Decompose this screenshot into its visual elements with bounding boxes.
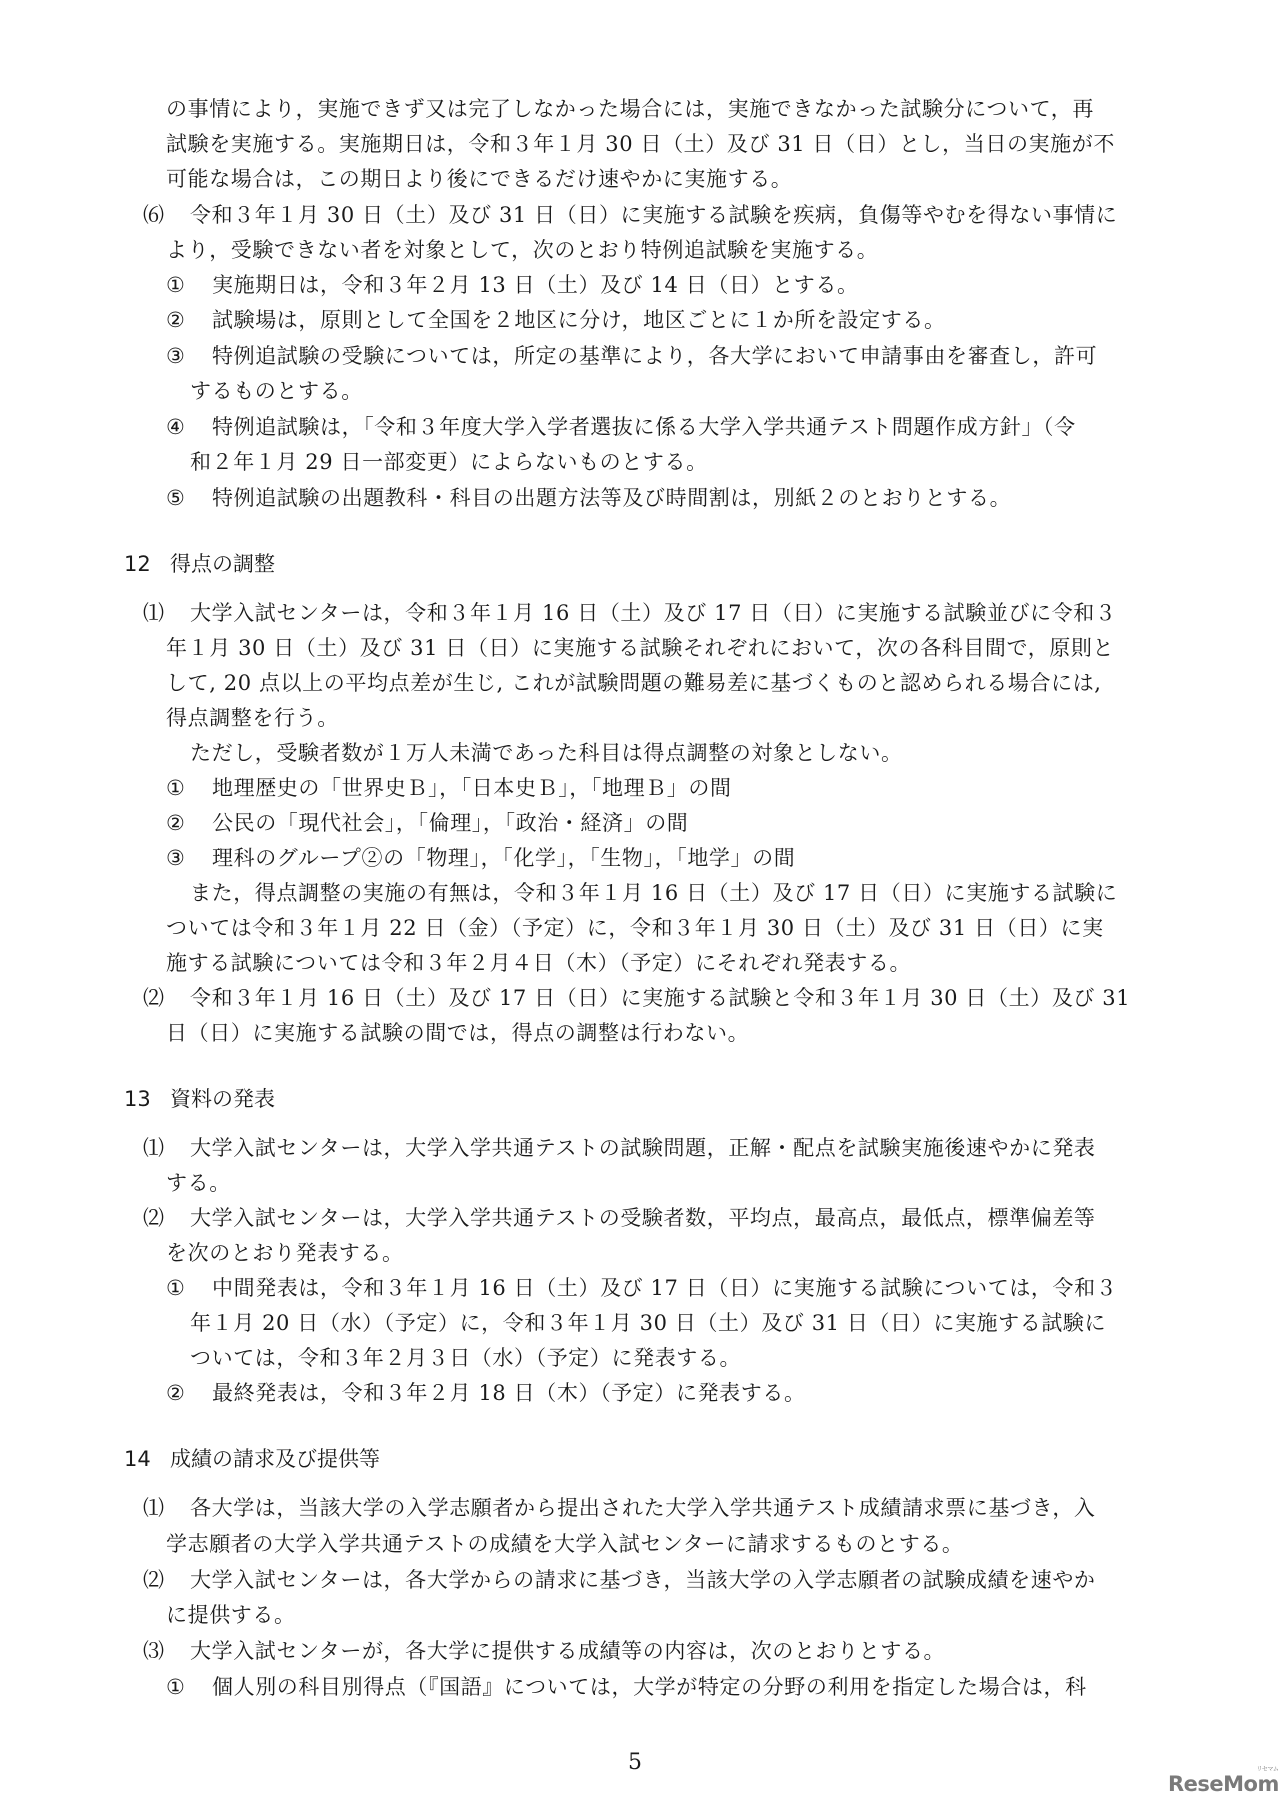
subitem-line: 試験場は，原則として全国を２地区に分け，地区ごとに１か所を設定する。 [212,303,946,337]
section-title: 得点の調整 [170,552,275,576]
section-title: 成績の請求及び提供等 [170,1447,380,1471]
subitem-marker: ⑤ [166,481,185,515]
document-page: の事情により，実施できず又は完了しなかった場合には，実施できなかった試験分につい… [0,0,1280,1810]
paragraph-line: して, 20 点以上の平均点差が生じ, これが試験問題の難易差に基づくものと認め… [166,666,1102,700]
subitem-marker: ③ [166,339,185,373]
subitem-marker: ② [166,303,185,337]
paragraph-line: 大学入試センターは，各大学からの請求に基づき，当該大学の入学志願者の試験成績を速… [190,1563,1096,1597]
paragraph-line: 年１月 30 日（土）及び 31 日（日）に実施する試験それぞれにおいて，次の各… [166,631,1114,665]
subitem-marker: ④ [166,410,185,444]
paragraph-line: 可能な場合は，この期日より後にできるだけ速やかに実施する。 [166,162,792,196]
subitem-line: ついては，令和３年２月３日（水）（予定）に発表する。 [190,1341,741,1375]
paragraph-line: また，得点調整の実施の有無は，令和３年１月 16 日（土）及び 17 日（日）に… [190,876,1117,910]
item-marker: ⑵ [143,1563,165,1597]
section-heading: 12得点の調整 [124,547,275,581]
section-number: 13 [124,1082,170,1116]
paragraph-line: 試験を実施する。実施期日は，令和３年１月 30 日（土）及び 31 日（日）とし… [166,127,1115,161]
paragraph-line: 施する試験については令和３年２月４日（木）（予定）にそれぞれ発表する。 [166,946,911,980]
subitem-line: 中間発表は，令和３年１月 16 日（土）及び 17 日（日）に実施する試験につい… [212,1271,1117,1305]
paragraph-note: ただし，受験者数が１万人未満であった科目は得点調整の対象としない。 [190,736,903,770]
paragraph-line: ついては令和３年１月 22 日（金）（予定）に，令和３年１月 30 日（土）及び… [166,911,1104,945]
subitem-line: 特例追試験は，「令和３年度大学入学者選抜に係る大学入学共通テスト問題作成方針」（… [212,410,1076,444]
paragraph-line: 大学入試センターが，各大学に提供する成績等の内容は，次のとおりとする。 [190,1634,945,1668]
paragraph-line: する。 [166,1166,231,1200]
subitem-marker: ② [166,1376,185,1410]
paragraph-line: 学志願者の大学入学共通テストの成績を大学入試センターに請求するものとする。 [166,1527,964,1561]
paragraph-line: 大学入試センターは，大学入学共通テストの受験者数，平均点，最高点，最低点，標準偏… [190,1201,1096,1235]
paragraph-line: に提供する。 [166,1598,296,1632]
paragraph-line: 各大学は，当該大学の入学志願者から提出された大学入学共通テスト成績請求票に基づき… [190,1491,1096,1525]
page-number: 5 [628,1748,642,1778]
subitem-marker: ① [166,268,185,302]
paragraph-line: 得点調整を行う。 [166,701,339,735]
paragraph-line: 大学入試センターは，令和３年１月 16 日（土）及び 17 日（日）に実施する試… [190,596,1117,630]
paragraph-line: より，受験できない者を対象として，次のとおり特例追試験を実施する。 [166,233,878,267]
section-number: 12 [124,547,170,581]
subitem-line: 年１月 20 日（水）（予定）に，令和３年１月 30 日（土）及び 31 日（日… [190,1306,1106,1340]
subitem-line: するものとする。 [190,374,363,408]
paragraph-line: の事情により，実施できず又は完了しなかった場合には，実施できなかった試験分につい… [166,92,1094,126]
section-title: 資料の発表 [170,1087,275,1111]
item-marker: ⑵ [143,1201,165,1235]
subitem-marker: ③ [166,841,185,875]
subitem-line: 実施期日は，令和３年２月 13 日（土）及び 14 日（日）とする。 [212,268,859,302]
subitem-line: 和２年１月 29 日一部変更）によらないものとする。 [190,445,708,479]
item-marker: ⑵ [143,981,165,1015]
watermark-text: ReseMom. [1168,1772,1280,1796]
watermark-ruby: リセマム [1256,1764,1278,1773]
resemom-logo: ReseMom. リセマム [1168,1772,1280,1796]
item-marker: ⑴ [143,1491,165,1525]
paragraph-line: 日（日）に実施する試験の間では，得点の調整は行わない。 [166,1016,749,1050]
paragraph-line: 大学入試センターは，大学入学共通テストの試験問題，正解・配点を試験実施後速やかに… [190,1131,1096,1165]
subitem-line: 個人別の科目別得点（『国語』については，大学が特定の分野の利用を指定した場合は，… [212,1670,1087,1704]
paragraph-line: 令和３年１月 30 日（土）及び 31 日（日）に実施する試験を疾病，負傷等やむ… [190,198,1117,232]
subitem-marker: ① [166,771,185,805]
item-marker: ⑴ [143,1131,165,1165]
item-marker: ⑴ [143,596,165,630]
subitem-line: 公民の「現代社会」，「倫理」，「政治・経済」の間 [212,806,688,840]
paragraph-line: 令和３年１月 16 日（土）及び 17 日（日）に実施する試験と令和３年１月 3… [190,981,1130,1015]
section-number: 14 [124,1442,170,1476]
subitem-line: 特例追試験の出題教科・科目の出題方法等及び時間割は，別紙２のとおりとする。 [212,481,1011,515]
subitem-line: 最終発表は，令和３年２月 18 日（木）（予定）に発表する。 [212,1376,806,1410]
item-marker: ⑹ [143,198,165,232]
subitem-line: 地理歴史の「世界史Ｂ」，「日本史Ｂ」，「地理Ｂ」の間 [212,771,732,805]
item-marker: ⑶ [143,1634,165,1668]
paragraph-line: を次のとおり発表する。 [166,1236,404,1270]
subitem-marker: ① [166,1271,185,1305]
subitem-line: 特例追試験の受験については，所定の基準により，各大学において申請事由を審査し，許… [212,339,1097,373]
subitem-line: 理科のグループ②の「物理」，「化学」，「生物」，「地学」の間 [212,841,795,875]
subitem-marker: ① [166,1670,185,1704]
section-heading: 14成績の請求及び提供等 [124,1442,380,1476]
section-heading: 13資料の発表 [124,1082,275,1116]
subitem-marker: ② [166,806,185,840]
